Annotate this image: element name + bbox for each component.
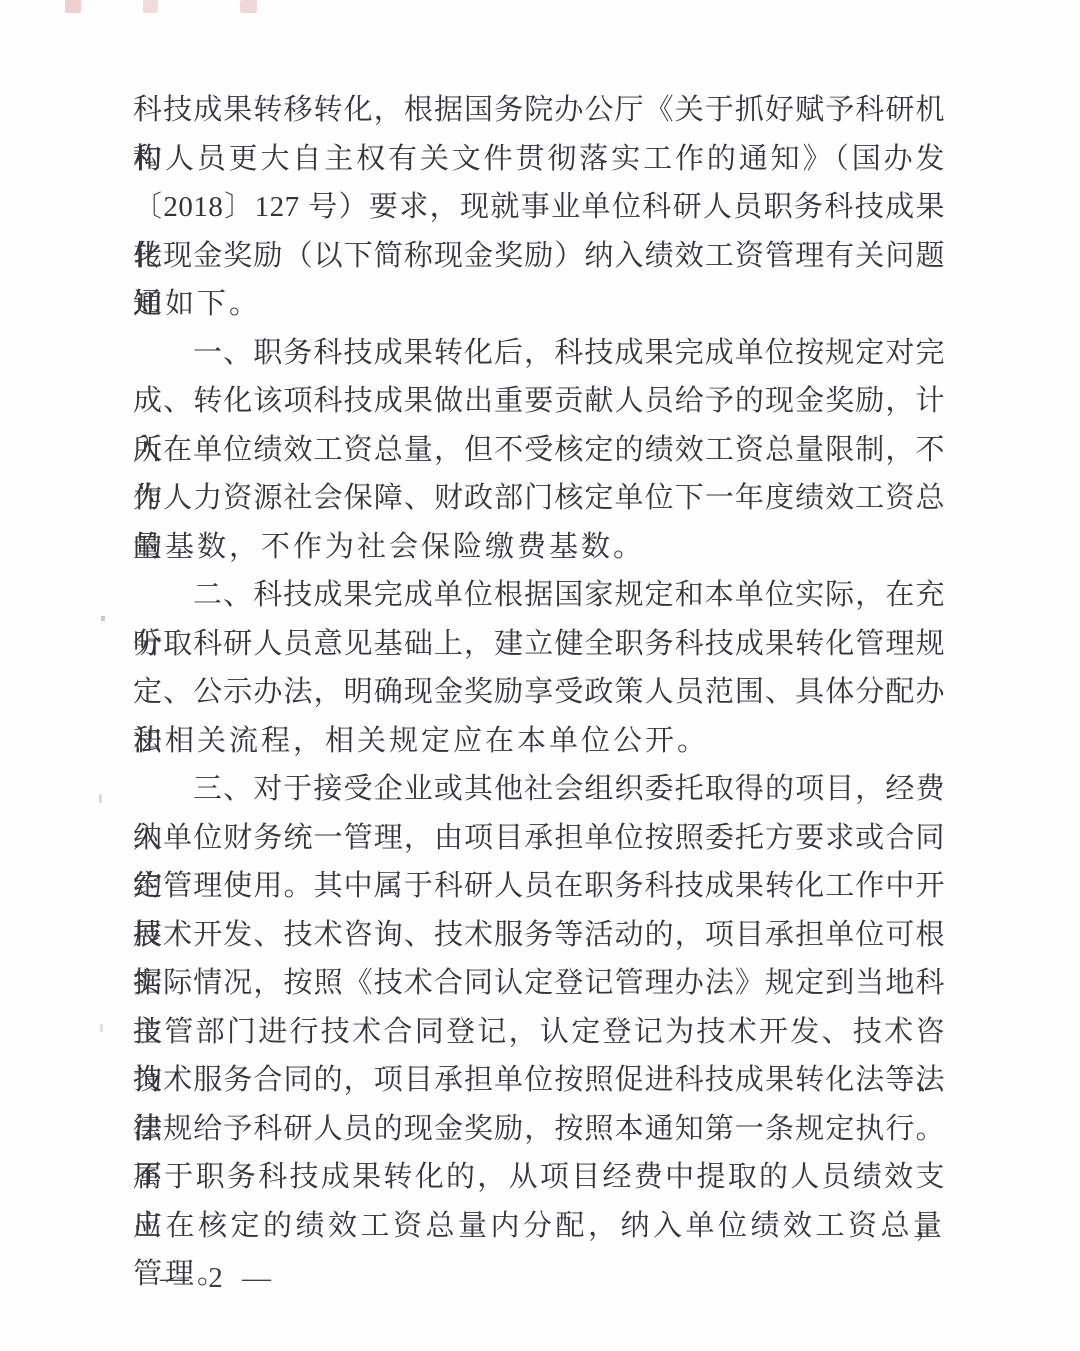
scan-artifact-red-mark [143,0,158,13]
text-line: 〔2018〕127 号）要求，现就事业单位科研人员职务科技成果转 [133,183,945,232]
paragraph: 一、职务科技成果转化后，科技成果完成单位按规定对完成、转化该项科技成果做出重要贡… [133,329,945,572]
paragraph: 二、科技成果完成单位根据国家规定和本单位实际，在充分听取科研人员意见基础上，建立… [133,571,945,765]
text-line: 应在核定的绩效工资总量内分配，纳入单位绩效工资总量管理。 [133,1202,945,1251]
text-line: 成、转化该项科技成果做出重要贡献人员给予的现金奖励，计入 [133,377,945,426]
text-line: 和人员更大自主权有关文件贯彻落实工作的通知》（国办发 [133,135,945,184]
document-body: 科技成果转移转化，根据国务院办公厅《关于抓好赋予科研机构和人员更大自主权有关文件… [133,86,945,1250]
text-line: 化现金奖励（以下简称现金奖励）纳入绩效工资管理有关问题通 [133,232,945,281]
scan-artifact-red-mark [240,0,257,13]
scan-speck [100,1024,103,1032]
text-line: 二、科技成果完成单位根据国家规定和本单位实际，在充分 [133,571,945,620]
scan-speck [101,616,105,621]
scan-artifact-red-mark [65,0,81,13]
text-line: 主管部门进行技术合同登记，认定登记为技术开发、技术咨询、 [133,1008,945,1057]
text-line: 属于职务科技成果转化的，从项目经费中提取的人员绩效支出， [133,1153,945,1202]
paragraph: 三、对于接受企业或其他社会组织委托取得的项目，经费纳入单位财务统一管理，由项目承… [133,765,945,1250]
text-line: 技术开发、技术咨询、技术服务等活动的，项目承担单位可根据 [133,911,945,960]
text-line: 所在单位绩效工资总量，但不受核定的绩效工资总量限制，不作 [133,426,945,475]
text-line: 听取科研人员意见基础上，建立健全职务科技成果转化管理规 [133,620,945,669]
text-line: 法规给予科研人员的现金奖励，按照本通知第一条规定执行。不 [133,1105,945,1154]
scanned-document-page: 科技成果转移转化，根据国务院办公厅《关于抓好赋予科研机构和人员更大自主权有关文件… [0,0,1080,1351]
text-line: 三、对于接受企业或其他社会组织委托取得的项目，经费纳 [133,765,945,814]
text-line: 的基数，不作为社会保险缴费基数。 [133,523,945,572]
text-line: 科技成果转移转化，根据国务院办公厅《关于抓好赋予科研机构 [133,86,945,135]
text-line: 定管理使用。其中属于科研人员在职务科技成果转化工作中开展 [133,862,945,911]
text-line: 一、职务科技成果转化后，科技成果完成单位按规定对完 [133,329,945,378]
text-line: 知如下。 [133,280,945,329]
scan-speck [99,794,102,803]
text-line: 为人力资源社会保障、财政部门核定单位下一年度绩效工资总量 [133,474,945,523]
page-number: — 2 — [160,1262,277,1295]
text-line: 技术服务合同的，项目承担单位按照促进科技成果转化法等法律 [133,1056,945,1105]
text-line: 入单位财务统一管理，由项目承担单位按照委托方要求或合同约 [133,814,945,863]
text-line: 和相关流程，相关规定应在本单位公开。 [133,717,945,766]
text-line: 定、公示办法，明确现金奖励享受政策人员范围、具体分配办法 [133,668,945,717]
text-line: 实际情况，按照《技术合同认定登记管理办法》规定到当地科技 [133,959,945,1008]
paragraph: 科技成果转移转化，根据国务院办公厅《关于抓好赋予科研机构和人员更大自主权有关文件… [133,86,945,329]
